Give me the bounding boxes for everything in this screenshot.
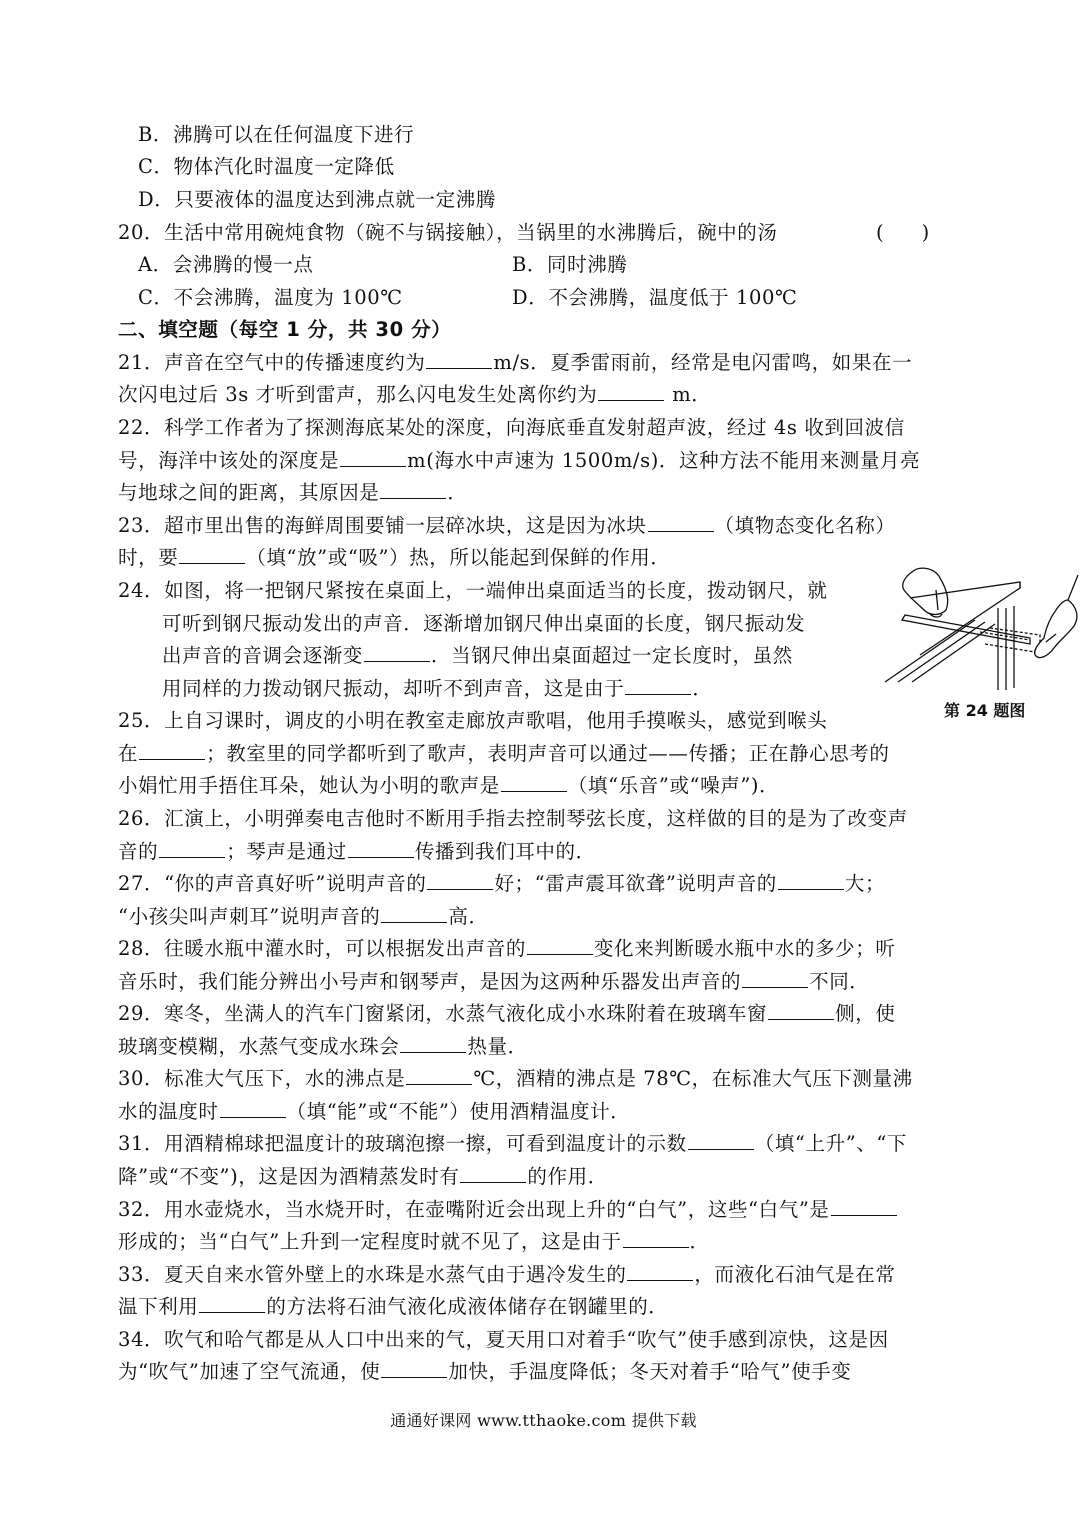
answer-blank[interactable] — [648, 511, 714, 532]
text: 小娟忙用手捂住耳朵，她认为小明的歌声是 — [118, 774, 500, 797]
answer-blank[interactable] — [348, 837, 414, 858]
q24-line-2: 可听到钢尺振动发出的声音．逐渐增加钢尺伸出桌面的长度，钢尺振动发 — [162, 608, 805, 640]
text: m． — [665, 383, 711, 406]
text: 30．标准大气压下，水的沸点是 — [118, 1067, 405, 1090]
q23-line-2: 时，要（填“放”或“吸”）热，所以能起到保鲜的作用． — [118, 542, 671, 574]
text: 形成的；当“白气”上升到一定程度时就不见了，这是由于 — [118, 1230, 622, 1253]
text: 28．往暖水瓶中灌水时，可以根据发出声音的 — [118, 937, 526, 960]
text: 音乐时，我们能分辨出小号声和钢琴声，是因为这两种乐器发出声音的 — [118, 970, 741, 993]
q28-line-2: 音乐时，我们能分辨出小号声和钢琴声，是因为这两种乐器发出声音的不同． — [118, 966, 869, 998]
text: ℃，酒精的沸点是 78℃，在标准大气压下测量沸 — [473, 1067, 912, 1090]
answer-blank[interactable] — [598, 380, 664, 401]
text: 玻璃变模糊，水蒸气变成水珠会 — [118, 1035, 399, 1058]
answer-blank[interactable] — [501, 771, 567, 792]
text: ． — [447, 481, 467, 504]
answer-blank[interactable] — [381, 902, 447, 923]
answer-blank[interactable] — [380, 478, 446, 499]
answer-blank[interactable] — [340, 446, 406, 467]
q27-line-2: “小孩尖叫声刺耳”说明声音的高． — [118, 901, 489, 933]
ruler-on-table-illustration-icon — [880, 560, 1085, 695]
text: 的方法将石油气液化成液体储存在钢罐里的． — [266, 1295, 668, 1318]
text: （填“上升”、“下 — [755, 1132, 907, 1155]
q25-line-2: 在；教室里的同学都听到了歌声，表明声音可以通过——传播；正在静心思考的 — [118, 738, 890, 770]
text: 音的 — [118, 840, 158, 863]
q20-option-d: D．不会沸腾，温度低于 100℃ — [512, 282, 797, 314]
bracket-close: ) — [922, 221, 968, 244]
answer-blank[interactable] — [159, 837, 225, 858]
text: 出声音的音调会逐渐变 — [162, 644, 363, 667]
q29-line-2: 玻璃变模糊，水蒸气变成水珠会热量． — [118, 1031, 528, 1063]
q28-line-1: 28．往暖水瓶中灌水时，可以根据发出声音的变化来判断暖水瓶中水的多少；听 — [118, 933, 895, 965]
text: 23．超市里出售的海鲜周围要铺一层碎冰块，这是因为冰块 — [118, 514, 647, 537]
text: 21．声音在空气中的传播速度约为 — [118, 351, 425, 374]
section-title: 二、填空题（每空 1 分，共 30 分） — [118, 314, 451, 346]
answer-blank[interactable] — [139, 739, 205, 760]
text: 水的温度时 — [118, 1100, 219, 1123]
text: ；琴声是通过 — [226, 840, 347, 863]
text: （填“乐音”或“噪声”)． — [568, 774, 779, 797]
text: 降”或“不变”)，这是因为酒精蒸发时有 — [118, 1165, 459, 1188]
text: 热量． — [467, 1035, 527, 1058]
q20-option-b: B．同时沸腾 — [512, 249, 627, 281]
answer-blank[interactable] — [427, 869, 493, 890]
text: 的作用． — [527, 1165, 607, 1188]
q33-line-2: 温下利用的方法将石油气液化成液体储存在钢罐里的． — [118, 1291, 668, 1323]
answer-blank[interactable] — [199, 1292, 265, 1313]
q19-option-c: C．物体汽化时温度一定降低 — [138, 151, 395, 183]
q22-line-1: 22．科学工作者为了探测海底某处的深度，向海底垂直发射超声波，经过 4s 收到回… — [118, 412, 905, 444]
text: 变化来判断暖水瓶中水的多少；听 — [594, 937, 896, 960]
q20-option-c: C．不会沸腾，温度为 100℃ — [138, 282, 403, 314]
text: 在 — [118, 742, 138, 765]
text: 次闪电过后 3s 才听到雷声，那么闪电发生处离你约为 — [118, 383, 597, 406]
answer-blank[interactable] — [742, 967, 808, 988]
q34-line-2: 为“吹气”加速了空气流通，使加快，手温度降低；冬天对着手“哈气”使手变 — [118, 1356, 851, 1388]
q25-line-3: 小娟忙用手捂住耳朵，她认为小明的歌声是（填“乐音”或“噪声”)． — [118, 770, 779, 802]
text: 侧，使 — [835, 1002, 895, 1025]
q24-line-1: 24．如图，将一把钢尺紧按在桌面上，一端伸出桌面适当的长度，拨动钢尺，就 — [118, 575, 827, 607]
figure-caption: 第 24 题图 — [944, 698, 1025, 721]
q19-option-b: B．沸腾可以在任何温度下进行 — [138, 119, 414, 151]
answer-blank[interactable] — [623, 1227, 689, 1248]
text: 大； — [845, 872, 885, 895]
text: ，而液化石油气是在常 — [694, 1263, 895, 1286]
q22-line-2: 号，海洋中该处的深度是m(海水中声速为 1500m/s)．这种方法不能用来测量月… — [118, 445, 920, 477]
q21-line-2: 次闪电过后 3s 才听到雷声，那么闪电发生处离你约为 m． — [118, 379, 711, 411]
answer-blank[interactable] — [627, 1260, 693, 1281]
answer-blank[interactable] — [406, 1064, 472, 1085]
answer-blank[interactable] — [778, 869, 844, 890]
text: 29．寒冬，坐满人的汽车门窗紧闭，水蒸气液化成小水珠附着在玻璃车窗 — [118, 1002, 767, 1025]
q20-option-a: A．会沸腾的慢一点 — [138, 249, 313, 281]
q21-line-1: 21．声音在空气中的传播速度约为m/s．夏季雷雨前，经常是电闪雷鸣，如果在一 — [118, 347, 912, 379]
text: （填“能”或“不能”）使用酒精温度计． — [287, 1100, 631, 1123]
text: 33．夏天自来水管外壁上的水珠是水蒸气由于遇冷发生的 — [118, 1263, 626, 1286]
q25-line-1: 25．上自习课时，调皮的小明在教室走廊放声歌唱，他用手摸喉头，感觉到喉头 — [118, 705, 827, 737]
text: 32．用水壶烧水，当水烧开时，在壶嘴附近会出现上升的“白气”，这些“白气”是 — [118, 1198, 830, 1221]
text: m(海水中声速为 1500m/s)．这种方法不能用来测量月亮 — [407, 449, 920, 472]
q22-line-3: 与地球之间的距离，其原因是． — [118, 477, 467, 509]
text: 为“吹气”加速了空气流通，使 — [118, 1360, 380, 1383]
answer-blank[interactable] — [768, 999, 834, 1020]
q19-option-d: D．只要液体的温度达到沸点就一定沸腾 — [138, 184, 496, 216]
text: 用同样的力拨动钢尺振动，却听不到声音，这是由于 — [162, 677, 624, 700]
q30-line-2: 水的温度时（填“能”或“不能”）使用酒精温度计． — [118, 1096, 630, 1128]
q20-stem: 20．生活中常用碗炖食物（碗不与锅接触），当锅里的水沸腾后，碗中的汤 — [118, 217, 777, 249]
text: （填物态变化名称） — [715, 514, 896, 537]
page-footer: 通通好课网 www.tthaoke.com 提供下载 — [0, 1408, 1087, 1431]
text: 温下利用 — [118, 1295, 198, 1318]
q29-line-1: 29．寒冬，坐满人的汽车门窗紧闭，水蒸气液化成小水珠附着在玻璃车窗侧，使 — [118, 998, 895, 1030]
answer-blank[interactable] — [426, 348, 492, 369]
q31-line-1: 31．用酒精棉球把温度计的玻璃泡擦一擦，可看到温度计的示数（填“上升”、“下 — [118, 1128, 907, 1160]
answer-blank[interactable] — [400, 1032, 466, 1053]
q30-line-1: 30．标准大气压下，水的沸点是℃，酒精的沸点是 78℃，在标准大气压下测量沸 — [118, 1063, 913, 1095]
answer-blank[interactable] — [460, 1162, 526, 1183]
text: “小孩尖叫声刺耳”说明声音的 — [118, 905, 380, 928]
answer-blank[interactable] — [364, 641, 430, 662]
bracket-open: ( — [876, 221, 922, 244]
text: 与地球之间的距离，其原因是 — [118, 481, 379, 504]
answer-blank[interactable] — [688, 1129, 754, 1150]
exam-page: B．沸腾可以在任何温度下进行 C．物体汽化时温度一定降低 D．只要液体的温度达到… — [0, 0, 1087, 1536]
q34-line-1: 34．吹气和哈气都是从人口中出来的气，夏天用口对着手“吹气”使手感到凉快，这是因 — [118, 1324, 889, 1356]
q24-figure — [880, 560, 1085, 695]
q32-line-2: 形成的；当“白气”上升到一定程度时就不见了，这是由于． — [118, 1226, 710, 1258]
text: （填“放”或“吸”）热，所以能起到保鲜的作用． — [246, 546, 670, 569]
q20-answer-bracket: () — [876, 217, 967, 249]
text: 31．用酒精棉球把温度计的玻璃泡擦一擦，可看到温度计的示数 — [118, 1132, 687, 1155]
text: ．当钢尺伸出桌面超过一定长度时，虽然 — [431, 644, 793, 667]
answer-blank[interactable] — [831, 1195, 897, 1216]
text: 好；“雷声震耳欲聋”说明声音的 — [494, 872, 776, 895]
text: m/s．夏季雷雨前，经常是电闪雷鸣，如果在一 — [493, 351, 912, 374]
q27-line-1: 27．“你的声音真好听”说明声音的好；“雷声震耳欲聋”说明声音的大； — [118, 868, 885, 900]
text: ；教室里的同学都听到了歌声，表明声音可以通过——传播；正在静心思考的 — [206, 742, 889, 765]
text: 高． — [448, 905, 488, 928]
answer-blank[interactable] — [220, 1097, 286, 1118]
text: 27．“你的声音真好听”说明声音的 — [118, 872, 426, 895]
q26-line-1: 26．汇演上，小明弹奏电吉他时不断用手指去控制琴弦长度，这样做的目的是为了改变声 — [118, 803, 908, 835]
q31-line-2: 降”或“不变”)，这是因为酒精蒸发时有的作用． — [118, 1161, 608, 1193]
q24-line-4: 用同样的力拨动钢尺振动，却听不到声音，这是由于． — [162, 673, 712, 705]
q33-line-1: 33．夏天自来水管外壁上的水珠是水蒸气由于遇冷发生的，而液化石油气是在常 — [118, 1259, 895, 1291]
q23-line-1: 23．超市里出售的海鲜周围要铺一层碎冰块，这是因为冰块（填物态变化名称） — [118, 510, 895, 542]
answer-blank[interactable] — [381, 1357, 447, 1378]
text: 不同． — [809, 970, 869, 993]
text: 加快，手温度降低；冬天对着手“哈气”使手变 — [448, 1360, 851, 1383]
q26-line-2: 音的；琴声是通过传播到我们耳中的． — [118, 836, 596, 868]
text: 传播到我们耳中的． — [415, 840, 596, 863]
text: ． — [692, 677, 712, 700]
q24-line-3: 出声音的音调会逐渐变．当钢尺伸出桌面超过一定长度时，虽然 — [162, 640, 793, 672]
q32-line-1: 32．用水壶烧水，当水烧开时，在壶嘴附近会出现上升的“白气”，这些“白气”是 — [118, 1194, 898, 1226]
answer-blank[interactable] — [179, 543, 245, 564]
text: 时，要 — [118, 546, 178, 569]
text: 号，海洋中该处的深度是 — [118, 449, 339, 472]
answer-blank[interactable] — [625, 674, 691, 695]
text: ． — [690, 1230, 710, 1253]
answer-blank[interactable] — [527, 934, 593, 955]
